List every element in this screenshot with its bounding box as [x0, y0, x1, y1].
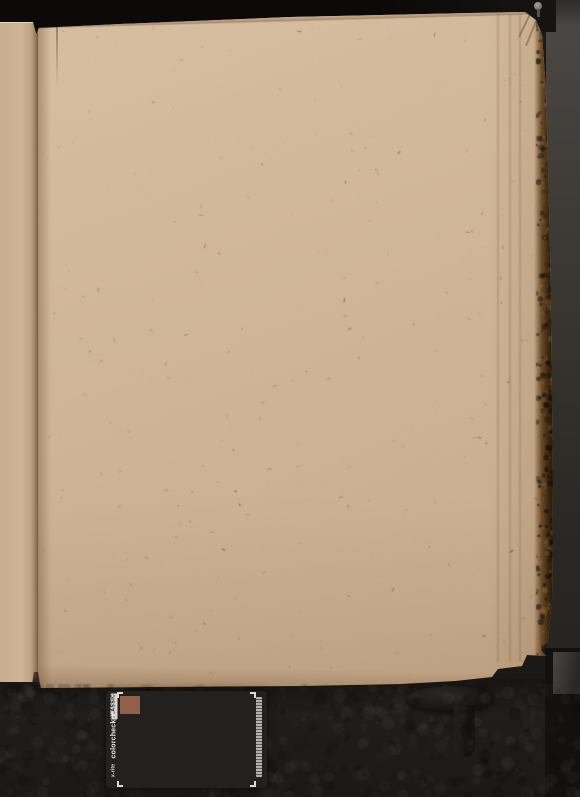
page-ridge — [496, 14, 500, 662]
photo-stage: CLASSIC colorchecker x-rite — [0, 0, 580, 797]
gutter-shadow — [36, 10, 51, 690]
color-checker-card: CLASSIC colorchecker x-rite — [106, 691, 267, 788]
cradle-edge — [553, 652, 580, 694]
page-crease — [56, 24, 58, 86]
xrite-logo: x-rite — [111, 758, 118, 784]
facing-page-edge — [0, 22, 38, 682]
page-ridge — [518, 14, 522, 662]
ruler-strip — [256, 697, 262, 777]
corner-bracket-icon — [250, 692, 256, 698]
swatch-grid — [120, 696, 250, 783]
card-label-column: CLASSIC colorchecker x-rite — [107, 693, 121, 786]
mounting-pin-stem — [537, 9, 540, 17]
color-swatch — [120, 696, 140, 714]
cradle-knob-stem — [454, 705, 475, 757]
cradle-knob — [407, 686, 494, 711]
corner-bracket-icon — [250, 781, 256, 787]
corner-bracket-icon — [117, 692, 123, 698]
corner-bracket-icon — [117, 781, 123, 787]
page-ridge — [508, 14, 512, 662]
colorchecker-label: colorchecker — [110, 707, 119, 765]
